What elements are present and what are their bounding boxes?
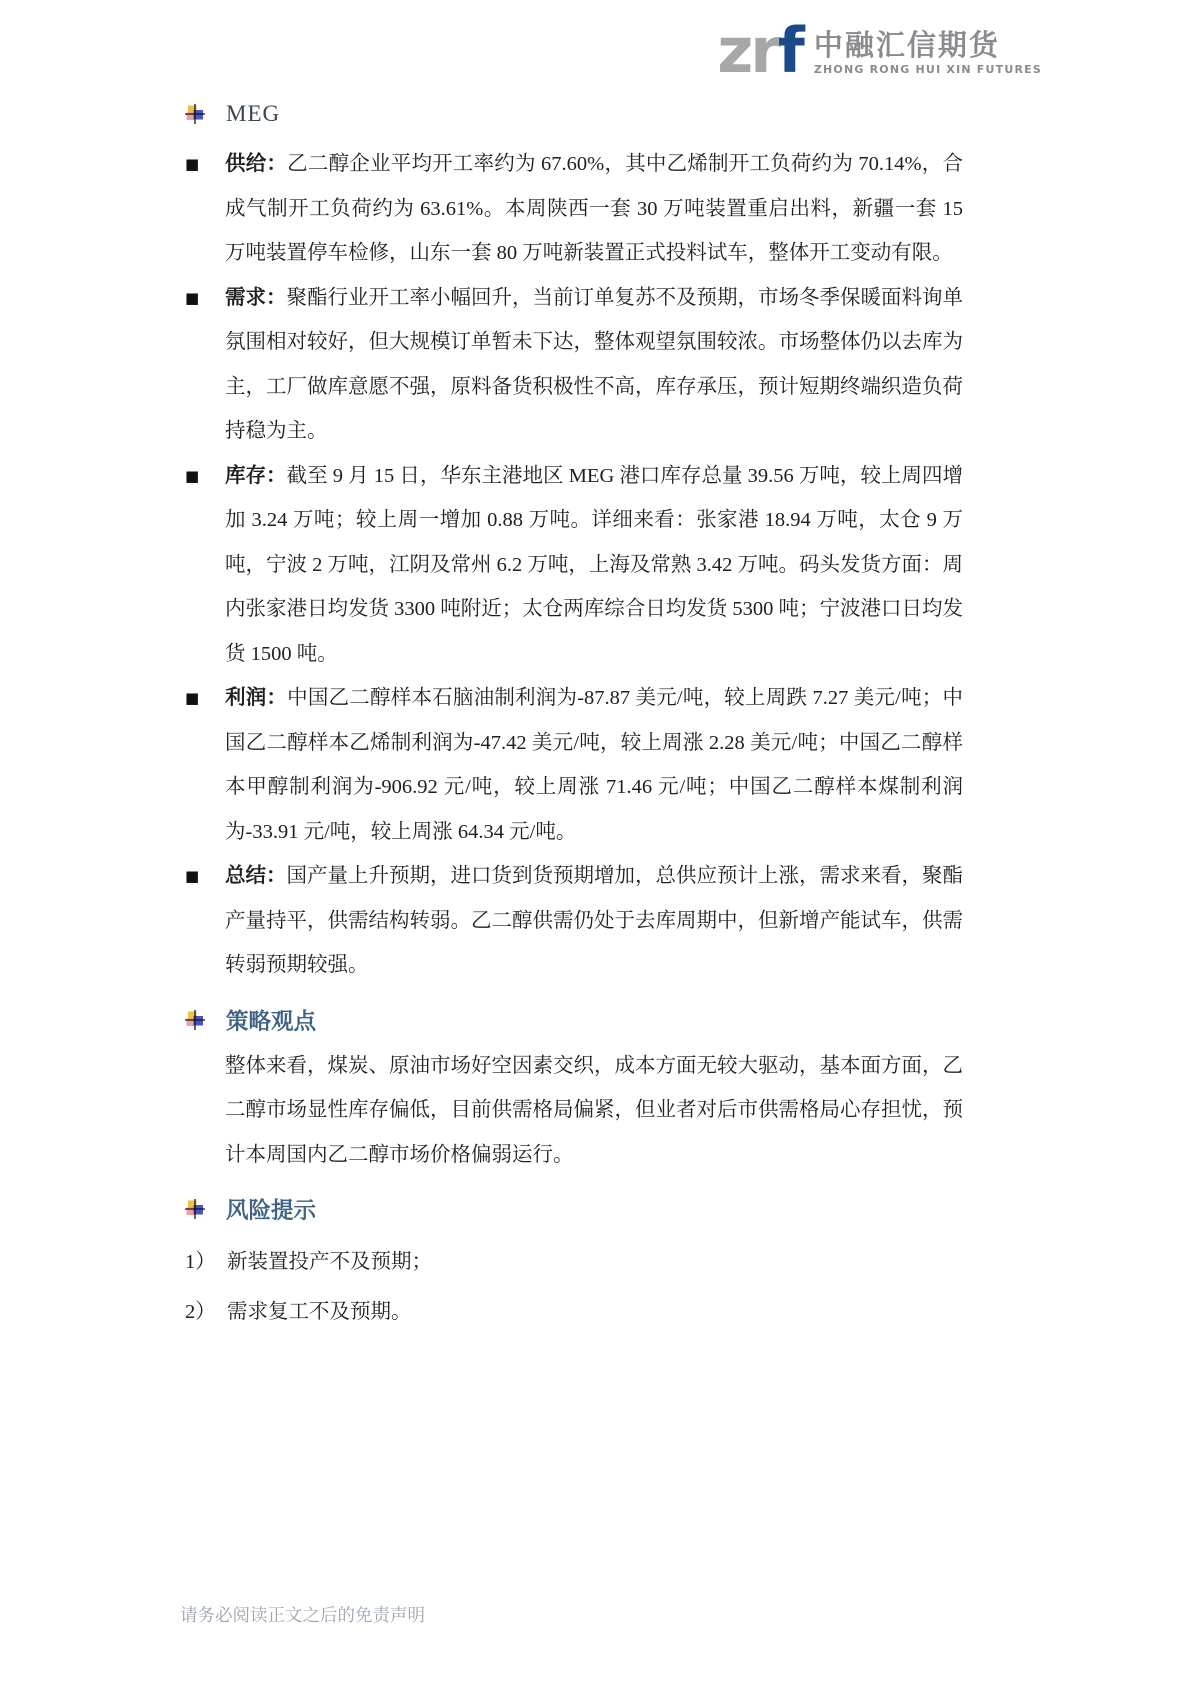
risk-heading-text: 风险提示 xyxy=(226,1193,316,1225)
section-title-meg: MEG xyxy=(185,98,963,130)
summary-text: 国产量上升预期，进口货到货预期增加，总供应预计上涨，需求来看，聚酯产量持平，供需… xyxy=(225,865,963,976)
colored-square-bullet-icon xyxy=(185,104,205,124)
risk-item: 2） 需求复工不及预期。 xyxy=(185,1287,963,1337)
colored-square-bullet-icon xyxy=(185,1199,205,1219)
company-name-english: ZHONG RONG HUI XIN FUTURES xyxy=(814,63,1042,76)
profit-paragraph: ■ 利润：中国乙二醇样本石脑油制利润为-87.87 美元/吨，较上周跌 7.27… xyxy=(185,676,963,854)
profit-text: 中国乙二醇样本石脑油制利润为-87.87 美元/吨，较上周跌 7.27 美元/吨… xyxy=(225,687,963,843)
risk-list: 1） 新装置投产不及预期； 2） 需求复工不及预期。 xyxy=(185,1237,963,1337)
colored-square-bullet-icon xyxy=(185,1010,205,1030)
black-square-bullet-icon: ■ xyxy=(185,676,199,721)
inventory-label: 库存： xyxy=(225,465,287,487)
black-square-bullet-icon: ■ xyxy=(185,854,199,899)
risk-heading: 风险提示 xyxy=(185,1189,963,1229)
strategy-heading: 策略观点 xyxy=(185,1000,963,1040)
risk-item-number: 1） xyxy=(185,1237,227,1287)
risk-item-text: 需求复工不及预期。 xyxy=(227,1287,412,1337)
inventory-paragraph: ■ 库存：截至 9 月 15 日，华东主港地区 MEG 港口库存总量 39.56… xyxy=(185,454,963,677)
demand-text: 聚酯行业开工率小幅回升，当前订单复苏不及预期，市场冬季保暖面料询单氛围相对较好，… xyxy=(225,287,963,443)
disclaimer-footer: 请务必阅读正文之后的免责声明 xyxy=(180,1602,425,1627)
logo-zr-letters: zr xyxy=(717,14,778,87)
risk-item-number: 2） xyxy=(185,1287,227,1337)
company-logo: zrf 中融汇信期货 ZHONG RONG HUI XIN FUTURES xyxy=(717,22,1042,80)
supply-label: 供给： xyxy=(225,153,287,175)
zrf-logo-mark: zrf xyxy=(717,22,802,80)
risk-item-text: 新装置投产不及预期； xyxy=(227,1237,432,1287)
supply-text: 乙二醇企业平均开工率约为 67.60%，其中乙烯制开工负荷约为 70.14%，合… xyxy=(225,153,963,264)
report-body: MEG ■ 供给：乙二醇企业平均开工率约为 67.60%，其中乙烯制开工负荷约为… xyxy=(185,98,963,1337)
demand-label: 需求： xyxy=(225,287,287,309)
logo-f-letter: f xyxy=(778,14,802,87)
meg-title-text: MEG xyxy=(226,101,280,127)
black-square-bullet-icon: ■ xyxy=(185,276,199,321)
strategy-paragraph: 整体来看，煤炭、原油市场好空因素交织，成本方面无较大驱动，基本面方面，乙二醇市场… xyxy=(185,1044,963,1178)
summary-paragraph: ■ 总结：国产量上升预期，进口货到货预期增加，总供应预计上涨，需求来看，聚酯产量… xyxy=(185,854,963,988)
risk-item: 1） 新装置投产不及预期； xyxy=(185,1237,963,1287)
black-square-bullet-icon: ■ xyxy=(185,454,199,499)
supply-paragraph: ■ 供给：乙二醇企业平均开工率约为 67.60%，其中乙烯制开工负荷约为 70.… xyxy=(185,142,963,276)
profit-label: 利润： xyxy=(225,687,287,709)
demand-paragraph: ■ 需求：聚酯行业开工率小幅回升，当前订单复苏不及预期，市场冬季保暖面料询单氛围… xyxy=(185,276,963,454)
inventory-text: 截至 9 月 15 日，华东主港地区 MEG 港口库存总量 39.56 万吨，较… xyxy=(225,465,963,665)
strategy-heading-text: 策略观点 xyxy=(226,1004,316,1036)
company-name-chinese: 中融汇信期货 xyxy=(814,28,1042,62)
black-square-bullet-icon: ■ xyxy=(185,142,199,187)
logo-text-block: 中融汇信期货 ZHONG RONG HUI XIN FUTURES xyxy=(814,28,1042,76)
summary-label: 总结： xyxy=(225,865,287,887)
